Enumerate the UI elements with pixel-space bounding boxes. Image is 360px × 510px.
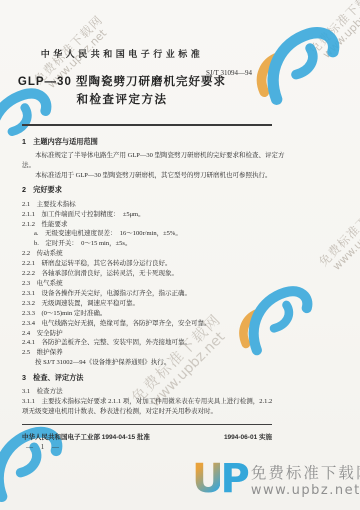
watermark-site-url: www.upbz.net [306, 0, 360, 76]
brand-text: 免费标准下载网 www.upbz.net [251, 461, 360, 498]
text-line: a. 无级变速电机速度误差： 16～100r/min，±5%。 [22, 229, 274, 239]
footer-rule [22, 424, 272, 425]
text-line: 2.2.2 各轴承部位润滑良好，运转灵活，无卡死现象。 [22, 269, 274, 279]
text-line: 2.4 安全防护 [22, 329, 274, 339]
text-line: 2 完好要求 [22, 185, 274, 195]
standard-number: SJ/T 31094—94 [206, 69, 252, 77]
text-line: 按 SJ/T 31002—94《设备维护保养通则》执行。 [22, 358, 274, 368]
text-line: 本标准规定了半导体电路生产用 GLP—30 型陶瓷劈刀研磨机的完好要求和检查、评… [22, 151, 274, 161]
text-line: b. 定时开关： 0～15 min，±5s。 [22, 239, 274, 249]
text-line: 2.1 主要技术指标 [22, 200, 274, 210]
brand-letter-u: U [192, 456, 220, 502]
text-line: 2.3.1 设备各操作开关完好，电源指示灯齐全，指示正确。 [22, 289, 274, 299]
page-number: — 1 — [26, 443, 62, 451]
text-line: 本标准适用于 GLP—30 型陶瓷劈刀研磨机，其它型号的劈刀研磨机也可参照执行。 [22, 171, 274, 181]
text-line: 3.1 检查方法 [22, 387, 274, 397]
watermark-text-mid-right: 免费标准下载网 www.upbz.net [307, 185, 360, 288]
text-line: 1 主题内容与适用范围 [22, 137, 274, 147]
text-line: 2.5 维护保养 [22, 348, 274, 358]
text-line: 2.3 电气系统 [22, 279, 274, 289]
doc-title-line1: GLP—30 型陶瓷劈刀研磨机完好要求 [12, 73, 232, 89]
text-line: 3.1.1 主要技术指标完好要求 2.1.1 项，对加工件用微米表在专用夹具上进… [22, 397, 274, 407]
watermark-site-name: 免费标准下载网 [307, 185, 360, 279]
brand-logo: UP 免费标准下载网 www.upbz.net [192, 460, 360, 498]
text-line: 2.4.1 各防护盖板齐全、完整、安装牢固，外壳接地可靠。 [22, 338, 274, 348]
watermark-site-name: 免费标准下载网 [297, 0, 360, 67]
text-line: 2.3.2 无级调速装置，调速应平稳可靠。 [22, 299, 274, 309]
text-line: 2.3.3 (0～15)min 定时准确。 [22, 309, 274, 319]
header-rule [22, 124, 272, 126]
up-logo-icon [252, 20, 340, 108]
up-logo-letters: UP [192, 460, 246, 498]
watermark-site-url: www.upbz.net [316, 195, 360, 288]
text-line: 2.2 传动系统 [22, 249, 274, 259]
watermark-text-top-right: 免费标准下载网 www.upbz.net [297, 0, 360, 76]
brand-site-url: www.upbz.net [251, 483, 360, 498]
text-line: 2.1.1 加工件端面尺寸控制精度： ±5μm。 [22, 210, 274, 220]
text-line: 2.2.1 研磨盘运转平稳，其它各转动部分运行良好。 [22, 259, 274, 269]
implementation-text: 1994-06-01 实施 [160, 432, 272, 441]
doc-title-line2: 和检查评定方法 [12, 91, 232, 107]
brand-letter-p: P [220, 456, 245, 502]
text-line: 3 检查、评定方法 [22, 373, 274, 383]
header-org-line: 中华人民共和国电子行业标准 [22, 47, 222, 60]
text-line: 项无级变速电机用计数表、秒表进行检测，对定时开关用秒表对时。 [22, 407, 274, 417]
text-line: 2.3.4 电气线路完好无损，绝缘可靠，各防护罩齐全，安全可靠。 [22, 319, 274, 329]
approval-text: 中华人民共和国电子工业部 1994-04-15 批准 [22, 432, 150, 441]
scanned-standard-page: 免费标准下载网 www.upbz.net 免费标准下载网 www.upbz.ne… [0, 0, 360, 510]
text-line: 法。 [22, 161, 274, 171]
text-line: 2.1.2 性能要求 [22, 220, 274, 230]
body-text: 1 主题内容与适用范围本标准规定了半导体电路生产用 GLP—30 型陶瓷劈刀研磨… [22, 132, 274, 417]
brand-site-name: 免费标准下载网 [251, 461, 360, 483]
